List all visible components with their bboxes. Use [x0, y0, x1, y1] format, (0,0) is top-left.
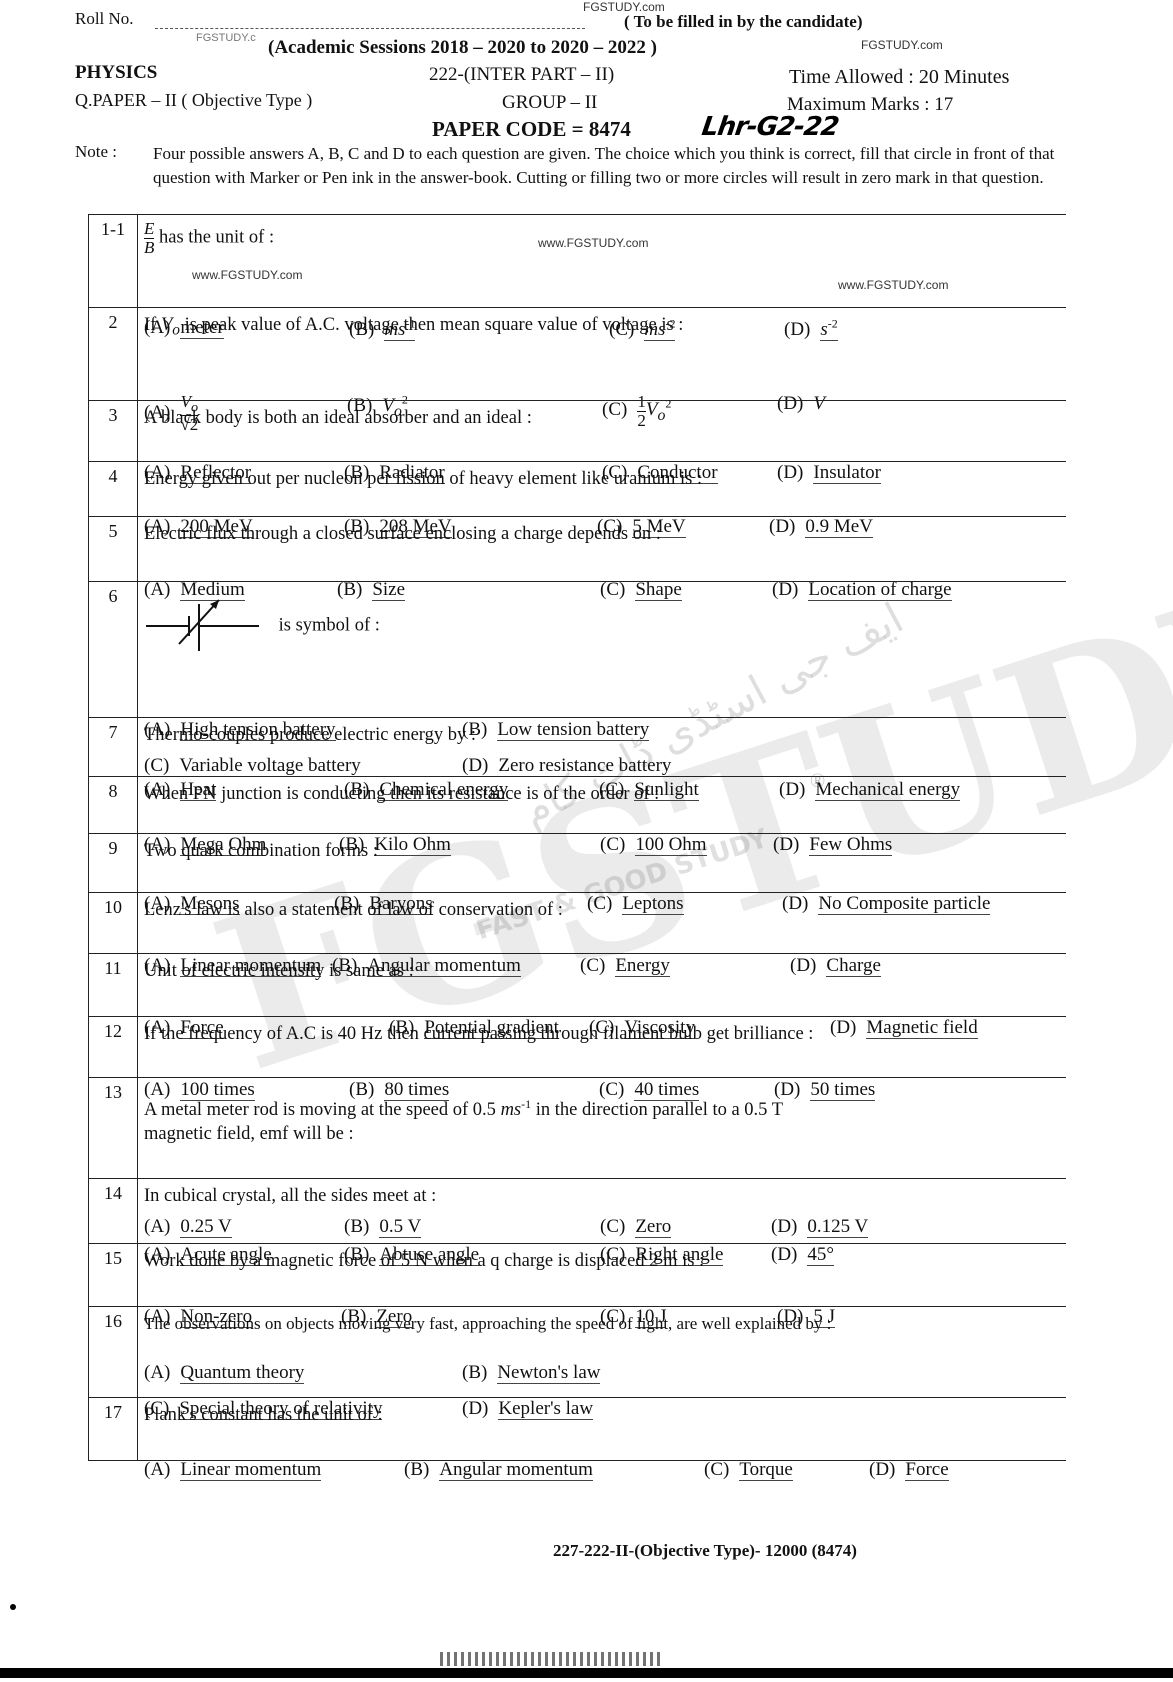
- option-a[interactable]: (A)Linear momentum: [144, 1459, 321, 1481]
- question-text-post: is peak value of A.C. voltage then mean …: [185, 315, 684, 335]
- question-body: A metal meter rod is moving at the speed…: [144, 1078, 1066, 1146]
- question-text: Work done by a magnetic force of 5 N whe…: [144, 1244, 1058, 1273]
- question-row: 2If Vo is peak value of A.C. voltage the…: [88, 307, 1066, 400]
- subject-title: PHYSICS: [75, 62, 157, 84]
- question-text-content: Thermo-couples produce electric energy b…: [144, 725, 476, 745]
- question-body: If the frequency of A.C is 40 Hz then cu…: [144, 1017, 1066, 1046]
- inter-part: 222-(INTER PART – II): [429, 64, 614, 86]
- question-body: The observations on objects moving very …: [144, 1307, 1066, 1336]
- question-number: 5: [88, 517, 138, 581]
- question-table: 1-1EB has the unit of :(A)meter(B)ms-1(C…: [88, 214, 1066, 1461]
- question-text: In cubical crystal, all the sides meet a…: [144, 1179, 1058, 1208]
- question-text: Unit of electric intensity is same as :: [144, 954, 1058, 983]
- question-text: A metal meter rod is moving at the speed…: [144, 1078, 1058, 1146]
- option-text: Quantum theory: [180, 1362, 304, 1384]
- unit-ms: ms: [501, 1100, 522, 1120]
- fill-note: ( To be filled in by the candidate): [624, 12, 863, 32]
- option-label: (A): [144, 1362, 170, 1383]
- question-text-line2: magnetic field, emf will be :: [144, 1124, 354, 1144]
- question-number: 7: [88, 718, 138, 776]
- option-label: (B): [462, 1362, 487, 1383]
- question-text: A black body is both an ideal absorber a…: [144, 401, 1058, 430]
- question-body: Plank's constant has the unit of :(A)Lin…: [144, 1398, 1066, 1427]
- question-number: 4: [88, 462, 138, 516]
- time-allowed: Time Allowed : 20 Minutes: [789, 66, 1009, 89]
- academic-sessions: (Academic Sessions 2018 – 2020 to 2020 –…: [268, 37, 657, 59]
- question-text-pre: A metal meter rod is moving at the speed…: [144, 1100, 496, 1120]
- fraction-denominator: B: [144, 239, 154, 257]
- question-number: 3: [88, 401, 138, 461]
- footer-code: 227-222-II-(Objective Type)- 12000 (8474…: [553, 1541, 857, 1561]
- question-body: When PN junction is conducting then its …: [144, 777, 1066, 806]
- question-text-content: A black body is both an ideal absorber a…: [144, 408, 532, 428]
- question-text: When PN junction is conducting then its …: [144, 777, 1058, 806]
- option-text: Force: [905, 1459, 948, 1481]
- option-text: Linear momentum: [180, 1459, 321, 1481]
- roll-no-label: Roll No.: [75, 9, 134, 29]
- option-text: Angular momentum: [439, 1459, 593, 1481]
- question-text-content: Two quark combination forms :: [144, 841, 378, 861]
- question-text-content: The observations on objects moving very …: [144, 1314, 831, 1333]
- question-row: 13A metal meter rod is moving at the spe…: [88, 1077, 1066, 1178]
- question-number: 2: [88, 308, 138, 400]
- question-text-content: When PN junction is conducting then its …: [144, 784, 659, 804]
- question-text: If the frequency of A.C is 40 Hz then cu…: [144, 1017, 1058, 1046]
- question-body: Lenz's law is also a statement of law of…: [144, 893, 1066, 922]
- question-body: Thermo-couples produce electric energy b…: [144, 718, 1066, 747]
- question-row: 15Work done by a magnetic force of 5 N w…: [88, 1243, 1066, 1306]
- watermark-left: FGSTUDY.c: [196, 32, 256, 44]
- fraction-numerator: E: [144, 220, 154, 238]
- question-row: 6 is symbol of :(A)High tension battery(…: [88, 581, 1066, 717]
- question-body: Energy given out per nucleon per fission…: [144, 462, 1066, 491]
- option-label: (B): [404, 1459, 429, 1480]
- question-text-content: has the unit of :: [159, 228, 274, 248]
- question-text-content: If the frequency of A.C is 40 Hz then cu…: [144, 1024, 813, 1044]
- question-text: Lenz's law is also a statement of law of…: [144, 893, 1058, 922]
- option-value: Angular momentum: [439, 1459, 593, 1480]
- watermark-inline-1: www.FGSTUDY.com: [538, 236, 648, 250]
- question-text-post: in the direction parallel to a 0.5 T: [536, 1100, 783, 1120]
- question-number: 12: [88, 1017, 138, 1077]
- question-body: Electric flux through a closed surface e…: [144, 517, 1066, 546]
- option-text: Torque: [739, 1459, 793, 1481]
- option-value: Force: [905, 1459, 948, 1480]
- question-row: 7Thermo-couples produce electric energy …: [88, 717, 1066, 776]
- variable-v: V: [161, 315, 172, 335]
- question-row: 12If the frequency of A.C is 40 Hz then …: [88, 1016, 1066, 1077]
- question-text-content: is symbol of :: [279, 615, 380, 635]
- note-text: Four possible answers A, B, C and D to e…: [153, 142, 1058, 190]
- question-text-content: Lenz's law is also a statement of law of…: [144, 900, 563, 920]
- question-text-content: Unit of electric intensity is same as :: [144, 961, 414, 981]
- question-text-content: Electric flux through a closed surface e…: [144, 524, 661, 544]
- scan-edge-bar: [0, 1668, 1173, 1678]
- question-row: 3A black body is both an ideal absorber …: [88, 400, 1066, 461]
- option-d[interactable]: (D)Force: [869, 1459, 949, 1481]
- question-row: 16The observations on objects moving ver…: [88, 1306, 1066, 1397]
- option-value: Quantum theory: [180, 1362, 304, 1383]
- question-row: 10Lenz's law is also a statement of law …: [88, 892, 1066, 953]
- option-a[interactable]: (A)Quantum theory: [144, 1362, 304, 1384]
- question-number: 10: [88, 893, 138, 953]
- question-number: 16: [88, 1307, 138, 1397]
- question-row: 17Plank's constant has the unit of :(A)L…: [88, 1397, 1066, 1461]
- question-text-content: Plank's constant has the unit of :: [144, 1405, 383, 1425]
- option-b[interactable]: (B)Newton's law: [462, 1362, 600, 1384]
- question-row: 14In cubical crystal, all the sides meet…: [88, 1178, 1066, 1243]
- scan-noise: [440, 1652, 660, 1666]
- question-number: 15: [88, 1244, 138, 1306]
- option-b[interactable]: (B)Angular momentum: [404, 1459, 593, 1481]
- question-text: Electric flux through a closed surface e…: [144, 517, 1058, 546]
- question-row: 11Unit of electric intensity is same as …: [88, 953, 1066, 1016]
- question-body: Unit of electric intensity is same as :(…: [144, 954, 1066, 983]
- question-number: 17: [88, 1398, 138, 1460]
- question-number: 11: [88, 954, 138, 1016]
- handwritten-tag: Lhr-G2-22: [700, 112, 840, 142]
- option-text: Newton's law: [497, 1362, 600, 1384]
- question-number: 9: [88, 834, 138, 892]
- question-text: If Vo is peak value of A.C. voltage then…: [144, 308, 1058, 343]
- watermark-inline-3: www.FGSTUDY.com: [838, 278, 948, 292]
- question-row: 1-1EB has the unit of :(A)meter(B)ms-1(C…: [88, 214, 1066, 307]
- option-c[interactable]: (C)Torque: [704, 1459, 793, 1481]
- question-text: The observations on objects moving very …: [144, 1307, 1058, 1336]
- watermark-inline-2: www.FGSTUDY.com: [192, 268, 302, 282]
- option-label: (C): [704, 1459, 729, 1480]
- question-text: Thermo-couples produce electric energy b…: [144, 718, 1058, 747]
- question-number: 6: [88, 582, 138, 717]
- paper-type: Q.PAPER – II ( Objective Type ): [75, 90, 312, 111]
- question-row: 4Energy given out per nucleon per fissio…: [88, 461, 1066, 516]
- question-text: Two quark combination forms :: [144, 834, 1058, 863]
- question-body: Two quark combination forms :(A)Mesons(B…: [144, 834, 1066, 863]
- option-label: (A): [144, 1459, 170, 1480]
- question-number: 1-1: [88, 215, 138, 307]
- question-number: 13: [88, 1078, 138, 1178]
- question-text: is symbol of :: [144, 582, 1058, 656]
- variable-subscript: o: [172, 322, 180, 339]
- scan-speck: [10, 1604, 16, 1610]
- fraction-e-over-b: EB: [144, 220, 154, 257]
- unit-superscript: -1: [521, 1097, 531, 1111]
- question-body: A black body is both an ideal absorber a…: [144, 401, 1066, 430]
- option-label: (D): [869, 1459, 895, 1480]
- question-text-content: Work done by a magnetic force of 5 N whe…: [144, 1251, 704, 1271]
- question-body: If Vo is peak value of A.C. voltage then…: [144, 308, 1066, 343]
- question-text-content: In cubical crystal, all the sides meet a…: [144, 1186, 436, 1206]
- question-text-content: Energy given out per nucleon per fission…: [144, 469, 702, 489]
- option-value: Newton's law: [497, 1362, 600, 1383]
- note-label: Note :: [75, 142, 117, 162]
- question-body: Work done by a magnetic force of 5 N whe…: [144, 1244, 1066, 1273]
- question-row: 5Electric flux through a closed surface …: [88, 516, 1066, 581]
- question-text: Energy given out per nucleon per fission…: [144, 462, 1058, 491]
- question-body: In cubical crystal, all the sides meet a…: [144, 1179, 1066, 1208]
- question-row: 8When PN junction is conducting then its…: [88, 776, 1066, 833]
- group: GROUP – II: [502, 92, 597, 114]
- question-text: Plank's constant has the unit of :: [144, 1398, 1058, 1427]
- paper-code: PAPER CODE = 8474: [432, 117, 631, 142]
- question-body: is symbol of :(A)High tension battery(B)…: [144, 582, 1066, 656]
- roll-no-field[interactable]: [155, 28, 585, 29]
- question-row: 9Two quark combination forms :(A)Mesons(…: [88, 833, 1066, 892]
- question-number: 14: [88, 1179, 138, 1243]
- option-value: Linear momentum: [180, 1459, 321, 1480]
- question-text-pre: If: [144, 315, 156, 335]
- question-number: 8: [88, 777, 138, 833]
- variable-battery-symbol-icon: [144, 596, 274, 656]
- option-value: Torque: [739, 1459, 793, 1480]
- watermark-right: FGSTUDY.com: [861, 38, 943, 52]
